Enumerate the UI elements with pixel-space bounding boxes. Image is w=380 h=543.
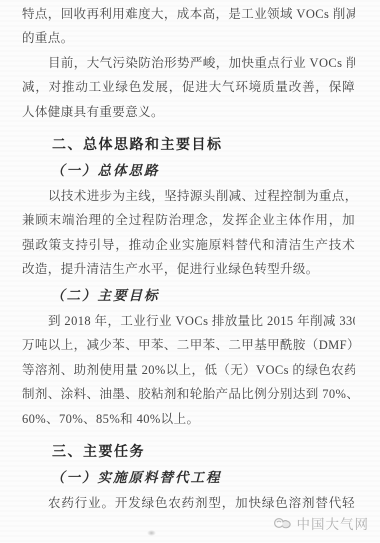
watermark-label: 中国大气网 [297,513,370,533]
document-body: 特点，回收再利用难度大，成本高，是工业领域 VOCs 削减的重点。目前，大气污染… [22,2,355,515]
section-heading: 三、主要任务 [22,439,355,463]
text-line: 农药行业。开发绿色农药剂型，加快绿色溶剂替代轻 [22,491,355,515]
paragraph: 特点，回收再利用难度大，成本高，是工业领域 VOCs 削减的重点。 [22,2,355,51]
page-number-smudge [147,530,156,536]
text-line: 特点，回收再利用难度大，成本高，是工业领域 VOCs 削减 [22,2,355,26]
china-air-network-logo-icon [273,516,292,531]
paragraph: 到 2018 年，工业行业 VOCs 排放量比 2015 年削减 330万吨以上… [22,309,355,431]
scanned-document-page: 特点，回收再利用难度大，成本高，是工业领域 VOCs 削减的重点。目前，大气污染… [0,0,380,543]
text-line: 等溶剂、助剂使用量 20%以上，低（无）VOCs 的绿色农药 [22,358,355,382]
text-line: 目前，大气污染防治形势严峻，加快重点行业 VOCs 削 [22,51,355,75]
text-line: 改造，提升清洁生产水平，促进行业绿色转型升级。 [22,257,355,281]
text-line: 制剂、涂料、油墨、胶粘剂和轮胎产品比例分别达到 70%、 [22,382,355,406]
text-line: 兼顾末端治理的全过程防治理念，发挥企业主体作用，加 [22,208,355,232]
text-line: 60%、70%、85%和 40%以上。 [22,407,355,431]
paragraph: 以技术进步为主线，坚持源头削减、过程控制为重点，兼顾末端治理的全过程防治理念，发… [22,184,355,282]
text-line: 人体健康具有重要意义。 [22,100,355,124]
text-line: 以技术进步为主线，坚持源头削减、过程控制为重点， [22,184,355,208]
subsection-heading: （一）总体思路 [22,159,355,183]
subsection-heading: （一）实施原料替代工程 [22,466,355,490]
paragraph: 农药行业。开发绿色农药剂型，加快绿色溶剂替代轻 [22,491,355,515]
text-line: 减，对推动工业绿色发展，促进大气环境质量改善，保障 [22,75,355,99]
text-line: 的重点。 [22,26,355,50]
watermark: 中国大气网 [273,513,370,533]
subsection-heading: （二）主要目标 [22,284,355,308]
text-line: 万吨以上，减少苯、甲苯、二甲苯、二甲基甲酰胺（DMF） [22,333,355,357]
section-heading: 二、总体思路和主要目标 [22,132,355,156]
text-line: 到 2018 年，工业行业 VOCs 排放量比 2015 年削减 330 [22,309,355,333]
text-line: 强政策支持引导，推动企业实施原料替代和清洁生产技术 [22,233,355,257]
paragraph: 目前，大气污染防治形势严峻，加快重点行业 VOCs 削减，对推动工业绿色发展，促… [22,51,355,124]
